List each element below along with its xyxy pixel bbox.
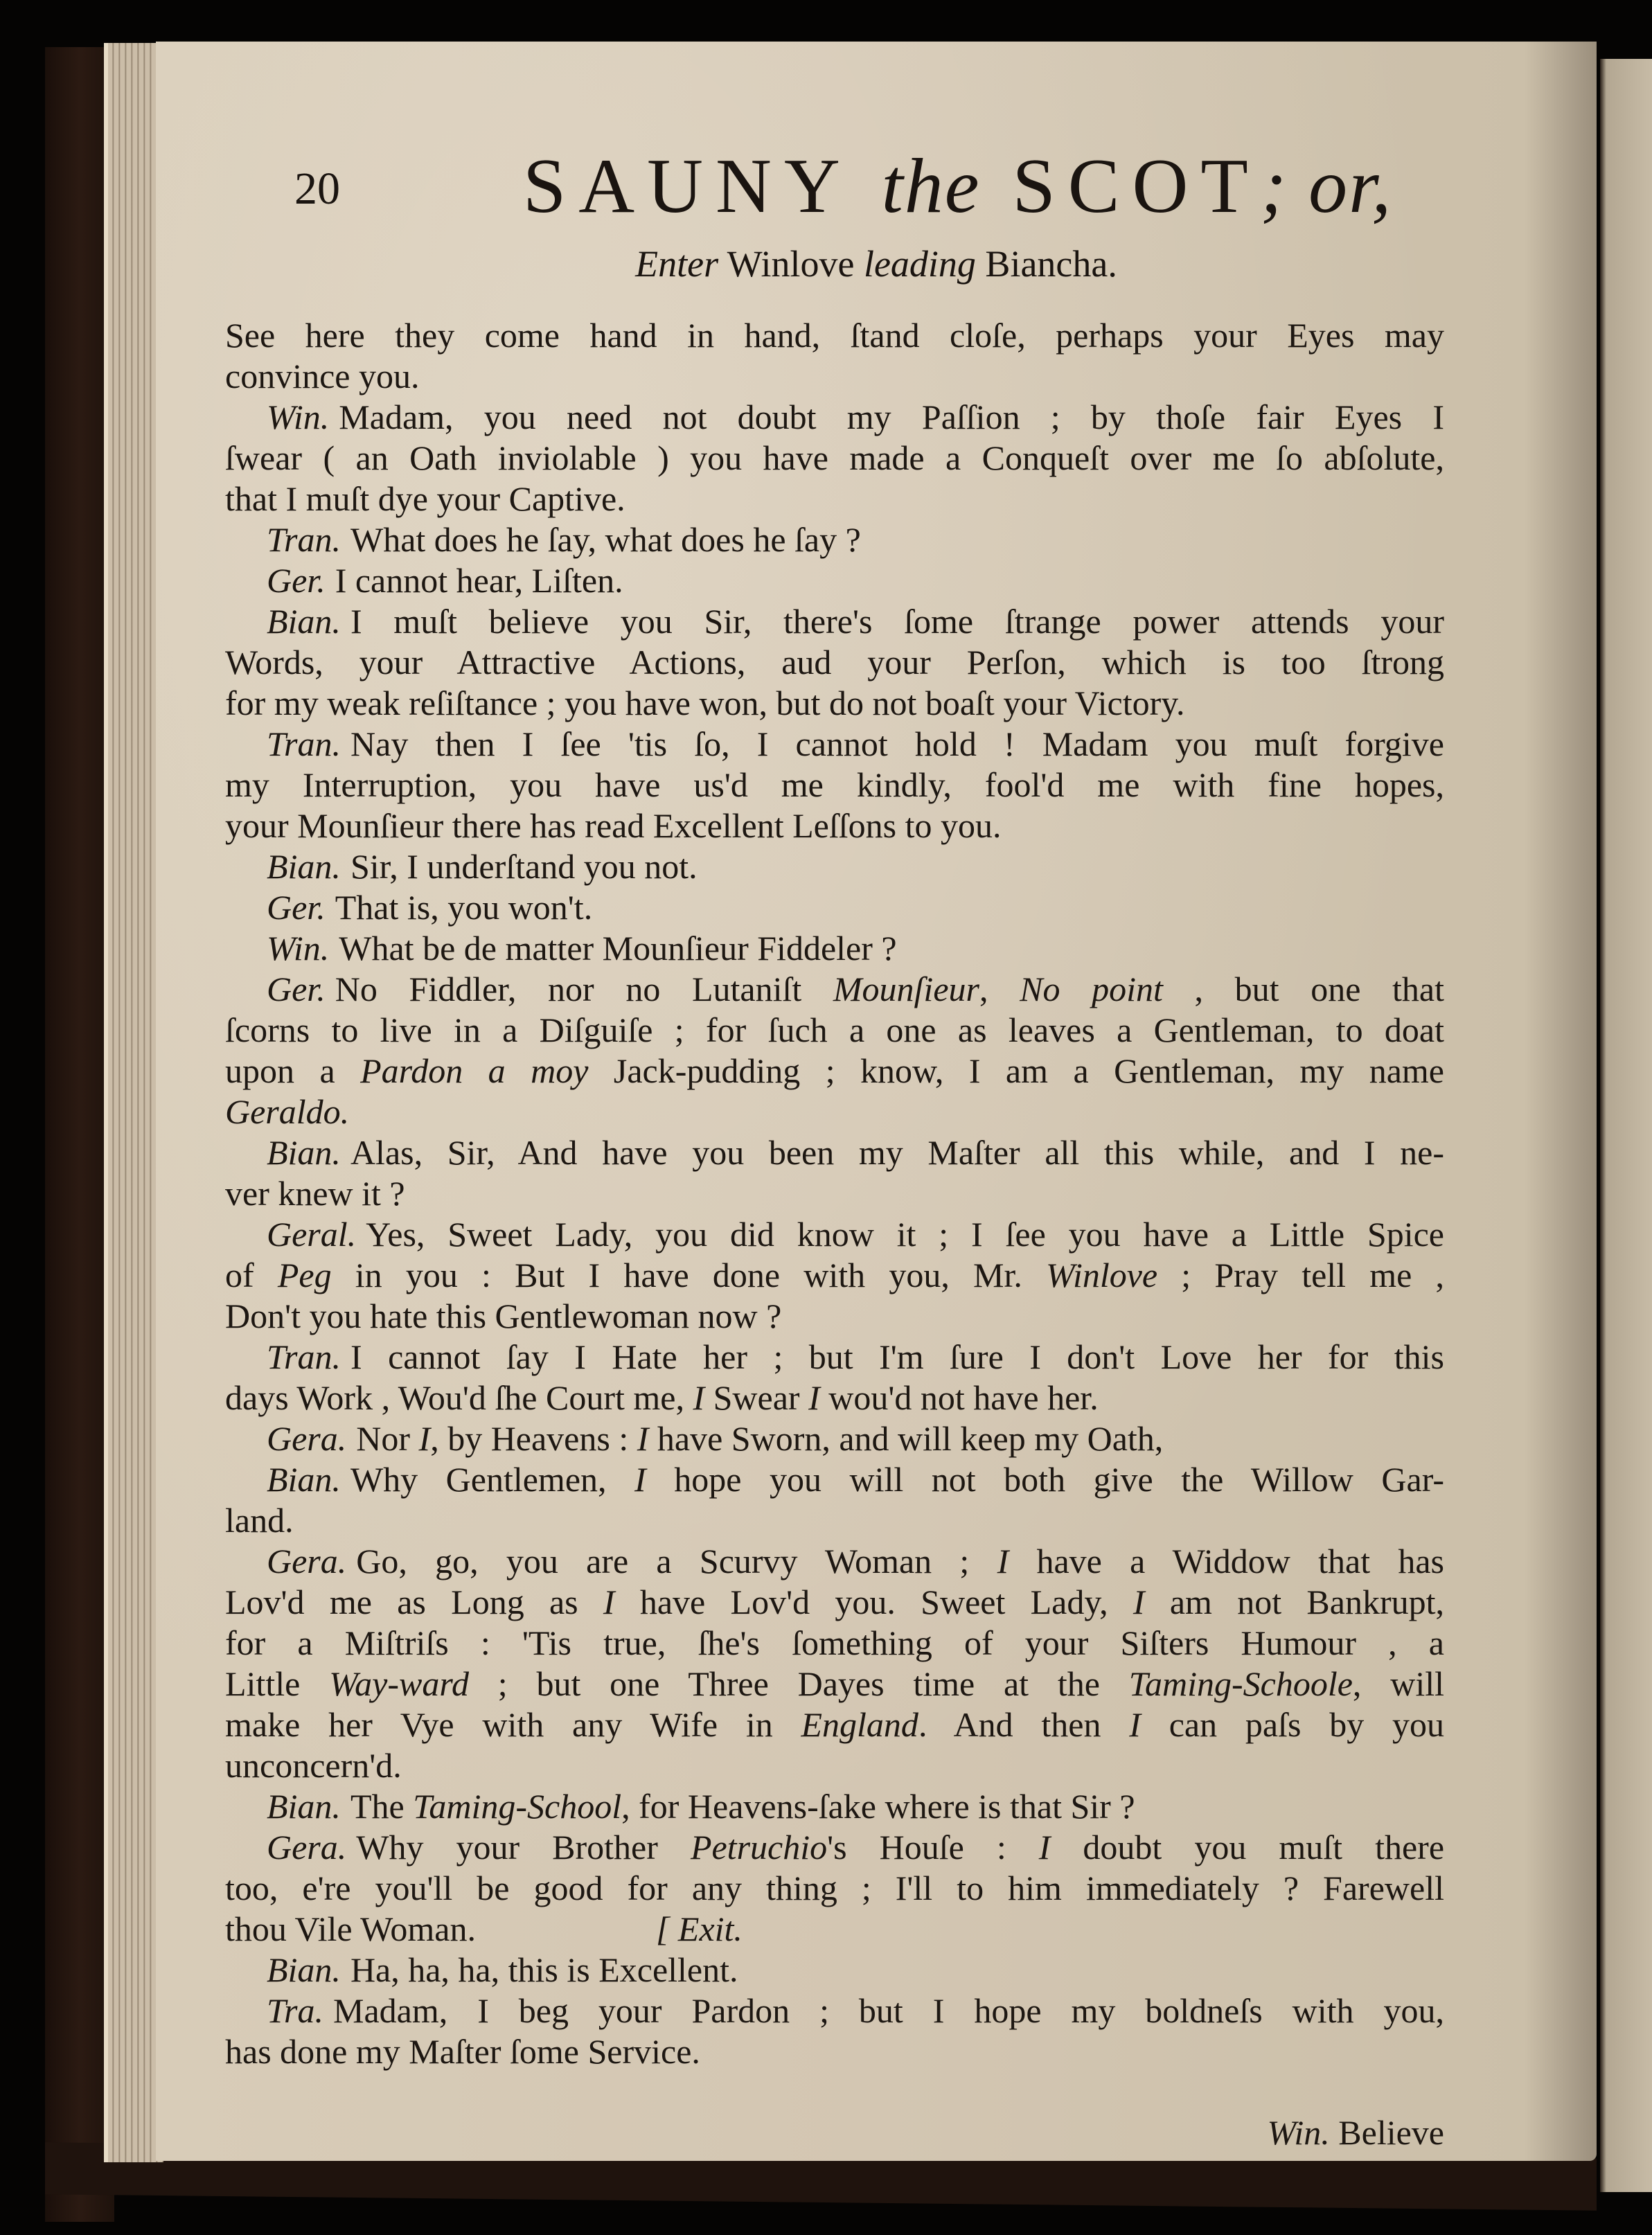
line-text: , [979,970,1020,1008]
title-or: ; or, [1261,143,1392,229]
text-line: See here they come hand in hand, ſtand c… [225,315,1444,356]
line-text: have a Widdow that has [1009,1542,1444,1580]
line-text: That is, you won't. [335,888,592,927]
text-line: make her Vye with any Wife in England. A… [225,1704,1444,1745]
speaker-name: Tran. [267,1337,341,1376]
text-line: that I muſt dye your Captive. [225,479,1444,519]
speaker-name: Bian. [267,847,341,886]
line-text: Words, your Attractive Actions, aud your… [225,643,1444,682]
italic-text: I [1039,1828,1051,1867]
line-text: Lov'd me as Long as [225,1583,603,1621]
text-line: ver knew it ? [225,1173,1444,1214]
text-line: ſcorns to live in a Diſguiſe ; for ſuch … [225,1010,1444,1051]
line-text: of [225,1256,278,1294]
book-page: 20 SAUNY the SCOT; or, Enter Winlove lea… [156,42,1597,2161]
text-line: thou Vile Woman.[ Exit. [225,1909,1444,1950]
text-line: upon a Pardon a moy Jack-pudding ; know,… [225,1051,1444,1092]
text-line: Lov'd me as Long as I have Lov'd you. Sw… [225,1582,1444,1623]
line-text: in you : But I have done with you, Mr. [332,1256,1046,1294]
speaker-name: Tra. [267,1991,323,2030]
line-text: What be de matter Mounſieur Fiddeler ? [339,929,896,968]
line-text: wou'd not have her. [820,1378,1099,1417]
line-text: No Fiddler, nor no Lutaniſt [335,970,833,1008]
exit-direction: [ Exit. [656,1909,743,1948]
speaker-name: Win. [267,398,329,436]
text-line: convince you. [225,356,1444,397]
italic-text: I [1133,1583,1145,1621]
page-header: 20 SAUNY the SCOT; or, [225,142,1527,225]
line-text: What does he ſay, what does he ſay ? [350,520,861,559]
italic-text: Peg [278,1256,332,1294]
speech-line: Bian.Ha, ha, ha, this is Excellent. [225,1950,1444,1991]
italic-text: I [1129,1705,1141,1744]
speaker-name: Bian. [267,602,341,641]
text-line: Words, your Attractive Actions, aud your… [225,642,1444,683]
stage-direction: Enter Winlove leading Biancha. [156,242,1597,285]
italic-text: I [634,1460,646,1499]
line-text: Ha, ha, ha, this is Excellent. [350,1950,738,1989]
speaker-name: Geral. [267,1215,356,1254]
line-text: Why Gentlemen, [350,1460,634,1499]
catchword-speaker: Win. [1267,2113,1329,2152]
line-text: Jack-pudding ; know, I am a Gentleman, m… [588,1051,1444,1090]
speaker-name: Gera. [267,1828,346,1867]
text-line: unconcern'd. [225,1745,1444,1786]
stage-character: Winlove [727,243,855,285]
title-the: the [882,143,981,229]
line-text: days Work , Wou'd ſhe Court me, [225,1378,693,1417]
line-text: Nor [356,1419,418,1458]
line-text: have Lov'd you. Sweet Lady, [615,1583,1133,1621]
line-text: The [350,1787,413,1826]
text-line: ſwear ( an Oath inviolable ) you have ma… [225,438,1444,479]
italic-text: I [693,1378,704,1417]
line-text: , for Heavens-ſake where is that Sir ? [621,1787,1135,1826]
speech-line: Gera.Go, go, you are a Scurvy Woman ; I … [225,1541,1444,1582]
text-line: Little Way-ward ; but one Three Dayes ti… [225,1664,1444,1704]
line-text: Go, go, you are a Scurvy Woman ; [356,1542,997,1580]
line-text: I muſt believe you Sir, there's ſome ſtr… [350,602,1444,641]
text-line: Geraldo. [225,1092,1444,1132]
line-text: unconcern'd. [225,1746,402,1785]
line-text: . And then [918,1705,1129,1744]
dialogue-body: See here they come hand in hand, ſtand c… [225,315,1444,2072]
running-title: SAUNY the SCOT; or, [523,142,1392,231]
speech-line: Bian.Why Gentlemen, I hope you will not … [225,1459,1444,1500]
italic-text: Taming-Schoole [1129,1664,1353,1703]
italic-text: Petruchio [691,1828,827,1867]
line-text: Little [225,1664,329,1703]
text-line: for my weak reſiſtance ; you have won, b… [225,683,1444,724]
line-text: , will [1353,1664,1444,1703]
speaker-name: Bian. [267,1133,341,1172]
speech-line: Tran.What does he ſay, what does he ſay … [225,519,1444,560]
facing-page [1600,59,1652,2192]
speaker-name: Ger. [267,970,326,1008]
line-text: Madam, I beg your Pardon ; but I hope my… [333,1991,1444,2030]
italic-text: No point [1020,970,1163,1008]
line-text: that I muſt dye your Captive. [225,479,625,518]
italic-text: Geraldo. [225,1092,349,1131]
line-text: upon a [225,1051,360,1090]
stage-enter: Enter [635,243,718,285]
speaker-name: Gera. [267,1419,346,1458]
speech-line: Bian.The Taming-School, for Heavens-ſake… [225,1786,1444,1827]
speaker-name: Bian. [267,1787,341,1826]
line-text: I cannot hear, Liſten. [335,561,623,600]
italic-text: I [808,1378,820,1417]
speech-line: Ger.No Fiddler, nor no Lutaniſt Mounſieu… [225,969,1444,1010]
line-text: Sir, I underſtand you not. [350,847,698,886]
text-line: too, e're you'll be good for any thing ;… [225,1868,1444,1909]
italic-text: Pardon a moy [360,1051,588,1090]
line-text: ver knew it ? [225,1174,405,1213]
italic-text: England [801,1705,918,1744]
line-text: ſwear ( an Oath inviolable ) you have ma… [225,438,1444,477]
speech-line: Bian.I muſt believe you Sir, there's ſom… [225,601,1444,642]
line-text: ; but one Three Dayes time at the [469,1664,1129,1703]
speech-line: Tran.Nay then I ſee 'tis ſo, I cannot ho… [225,724,1444,765]
text-line: days Work , Wou'd ſhe Court me, I Swear … [225,1378,1444,1418]
catchword-word: Believe [1338,2113,1444,2152]
speaker-name: Bian. [267,1460,341,1499]
line-text: thou Vile Woman. [225,1909,476,1948]
line-text: ſcorns to live in a Diſguiſe ; for ſuch … [225,1010,1444,1049]
speech-line: Gera.Why your Brother Petruchio's Houſe … [225,1827,1444,1868]
line-text: See here they come hand in hand, ſtand c… [225,316,1444,355]
speaker-name: Ger. [267,561,326,600]
speech-line: Tra.Madam, I beg your Pardon ; but I hop… [225,1991,1444,2031]
italic-text: I [997,1542,1009,1580]
line-text: make her Vye with any Wife in [225,1705,801,1744]
line-text: 's Houſe : [827,1828,1039,1867]
catchword: Win. Believe [1267,2112,1444,2153]
page-stack-edges [104,43,163,2162]
line-text: Swear [704,1378,808,1417]
speech-line: Win.Madam, you need not doubt my Paſſion… [225,397,1444,438]
line-text: ; Pray tell me , [1157,1256,1444,1294]
line-text: am not Bankrupt, [1145,1583,1444,1621]
speech-line: Gera.Nor I, by Heavens : I have Sworn, a… [225,1418,1444,1459]
text-line: for a Miſtriſs : 'Tis true, ſhe's ſometh… [225,1623,1444,1664]
text-line: my Interruption, you have us'd me kindly… [225,765,1444,805]
speaker-name: Win. [267,929,329,968]
text-line: your Mounſieur there has read Excellent … [225,805,1444,846]
speaker-name: Tran. [267,520,341,559]
line-text: Why your Brother [356,1828,691,1867]
text-line: Don't you hate this Gentlewoman now ? [225,1296,1444,1337]
text-line: land. [225,1500,1444,1541]
line-text: have Sworn, and will keep my Oath, [648,1419,1163,1458]
speech-line: Ger.That is, you won't. [225,887,1444,928]
line-text: can paſs by you [1141,1705,1444,1744]
title-sauny: SAUNY [523,143,850,229]
speech-line: Ger.I cannot hear, Liſten. [225,560,1444,601]
speech-line: Geral.Yes, Sweet Lady, you did know it ;… [225,1214,1444,1255]
italic-text: Mounſieur [833,970,979,1008]
italic-text: Way-ward [329,1664,469,1703]
speech-line: Bian.Alas, Sir, And have you been my Maſ… [225,1132,1444,1173]
speech-line: Bian.Sir, I underſtand you not. [225,846,1444,887]
italic-text: I [603,1583,615,1621]
italic-text: Taming-School [413,1787,621,1826]
title-scot: SCOT [1013,143,1261,229]
line-text: Yes, Sweet Lady, you did know it ; I ſee… [366,1215,1444,1254]
italic-text: I [419,1419,431,1458]
line-text: hope you will not both give the Willow G… [646,1460,1444,1499]
page-number: 20 [294,163,340,215]
line-text: doubt you muſt there [1050,1828,1444,1867]
stage-character-2: Biancha. [985,243,1117,285]
line-text: Madam, you need not doubt my Paſſion ; b… [339,398,1444,436]
speaker-name: Ger. [267,888,326,927]
line-text: Alas, Sir, And have you been my Maſter a… [350,1133,1444,1172]
text-line: has done my Maſter ſome Service. [225,2031,1444,2072]
italic-text: Winlove [1046,1256,1157,1294]
speaker-name: Tran. [267,724,341,763]
line-text: too, e're you'll be good for any thing ;… [225,1869,1444,1907]
line-text: for my weak reſiſtance ; you have won, b… [225,684,1185,722]
line-text: , but one that [1163,970,1444,1008]
line-text: , by Heavens : [430,1419,637,1458]
line-text: I cannot ſay I Hate her ; but I'm ſure I… [350,1337,1444,1376]
text-line: of Peg in you : But I have done with you… [225,1255,1444,1296]
stage-action: leading [864,243,976,285]
line-text: convince you. [225,357,419,395]
line-text: my Interruption, you have us'd me kindly… [225,765,1444,804]
line-text: Nay then I ſee 'tis ſo, I cannot hold ! … [350,724,1444,763]
line-text: has done my Maſter ſome Service. [225,2032,700,2071]
speech-line: Win.What be de matter Mounſieur Fiddeler… [225,928,1444,969]
line-text: land. [225,1501,294,1540]
speaker-name: Gera. [267,1542,346,1580]
italic-text: I [637,1419,649,1458]
line-text: Don't you hate this Gentlewoman now ? [225,1297,781,1335]
speaker-name: Bian. [267,1950,341,1989]
line-text: your Mounſieur there has read Excellent … [225,806,1002,845]
speech-line: Tran.I cannot ſay I Hate her ; but I'm ſ… [225,1337,1444,1378]
line-text: for a Miſtriſs : 'Tis true, ſhe's ſometh… [225,1623,1444,1662]
